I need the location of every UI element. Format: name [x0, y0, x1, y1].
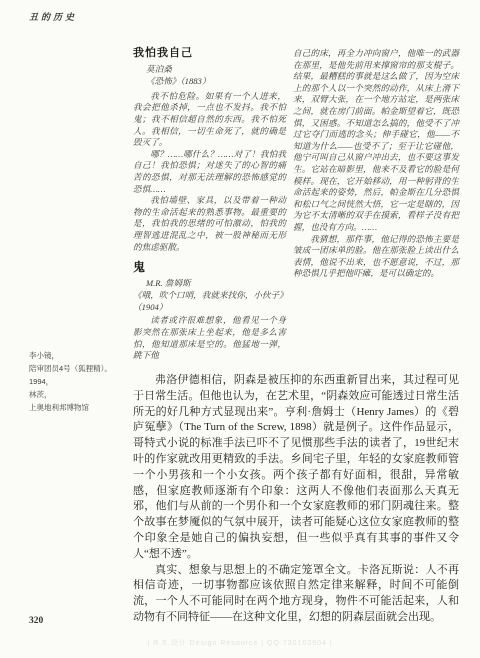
caption-city: 林茨， [29, 388, 129, 401]
excerpt1-author: 莫泊桑 [133, 64, 286, 76]
caption-museum: 上奥地利邦博物馆 [29, 401, 129, 414]
excerpt-column-left: 我怕我自己 莫泊桑 《恐怖》（1883） 我不怕危险。如果有一个人进来，我会把他… [133, 48, 286, 362]
main-body: 弗洛伊德相信，阴森是被压抑的东西重新冒出来，其过程可见于日常生活。但他也认为，在… [133, 373, 459, 626]
excerpt2-paragraph: 我猜想，那件事，他记得的恐怖主要是皱成一团床单的脸。他在那张脸上读出什么表情，他… [293, 234, 459, 280]
excerpt2-author: M.R. 詹姆斯 [133, 278, 286, 290]
book-page: 丑的历史 我怕我自己 莫泊桑 《恐怖》（1883） 我不怕危险。如果有一个人进来… [0, 0, 480, 658]
figure-caption: 李小镜， 陪审团员4号（狐狸精）。 1994， 林茨， 上奥地利邦博物馆 [29, 349, 129, 414]
excerpt2-paragraph-continued: 自己的床，再全力冲向窗户，他唯一的武器在那里，是他先前用来撑窗帘的那支棍子。结果… [293, 48, 459, 234]
excerpt2-title: 鬼 [133, 262, 286, 274]
excerpt2-year: （1904） [133, 302, 286, 314]
caption-year: 1994， [29, 375, 129, 388]
excerpt-block: 我怕我自己 莫泊桑 《恐怖》（1883） 我不怕危险。如果有一个人进来，我会把他… [133, 48, 459, 362]
body-paragraph: 弗洛伊德相信，阴森是被压抑的东西重新冒出来，其过程可见于日常生活。但他也认为，在… [133, 373, 459, 563]
excerpt1-source: 《恐怖》（1883） [133, 76, 286, 88]
excerpt2-work-title: 《哦，吹个口哨，我就来找你，小伙子》 [133, 290, 286, 302]
caption-work-title: 陪审团员4号（狐狸精）。 [29, 362, 129, 375]
body-paragraph: 真实、想象与思想上的不确定笼罩全文。卡洛瓦斯说：人不再相信奇迹，一切事物都应该依… [133, 563, 459, 626]
excerpt-column-right: 自己的床，再全力冲向窗户，他唯一的武器在那里，是他先前用来撑窗帘的那支棍子。结果… [293, 48, 459, 362]
excerpt1-paragraph: 我不怕危险。如果有一个人进来，我会把他杀掉，一点也不发抖。我不怕鬼；我不相信超自… [133, 91, 286, 149]
watermark: | R.S.设计 Design Resource | QQ 730103904 … [0, 638, 480, 648]
caption-artist: 李小镜， [29, 349, 129, 362]
excerpt1-paragraph: 我怕墙壁、家具，以及带着一种动物的生命活起来的熟悉事物。最重要的是，我怕我的思绪… [133, 195, 286, 253]
page-number: 320 [29, 616, 43, 626]
excerpt1-paragraph: 哪？……哪什么？……对了！我怕我自己！我怕恐惧；对迷失了的心智的痛苦的恐惧，对那… [133, 149, 286, 195]
excerpt2-paragraph: 读者或许很难想象，他看见一个身影突然在那张床上坐起来，他是多么害怕，他知道那床是… [133, 315, 286, 361]
running-head: 丑的历史 [29, 10, 77, 23]
excerpt1-title: 我怕我自己 [133, 48, 286, 60]
